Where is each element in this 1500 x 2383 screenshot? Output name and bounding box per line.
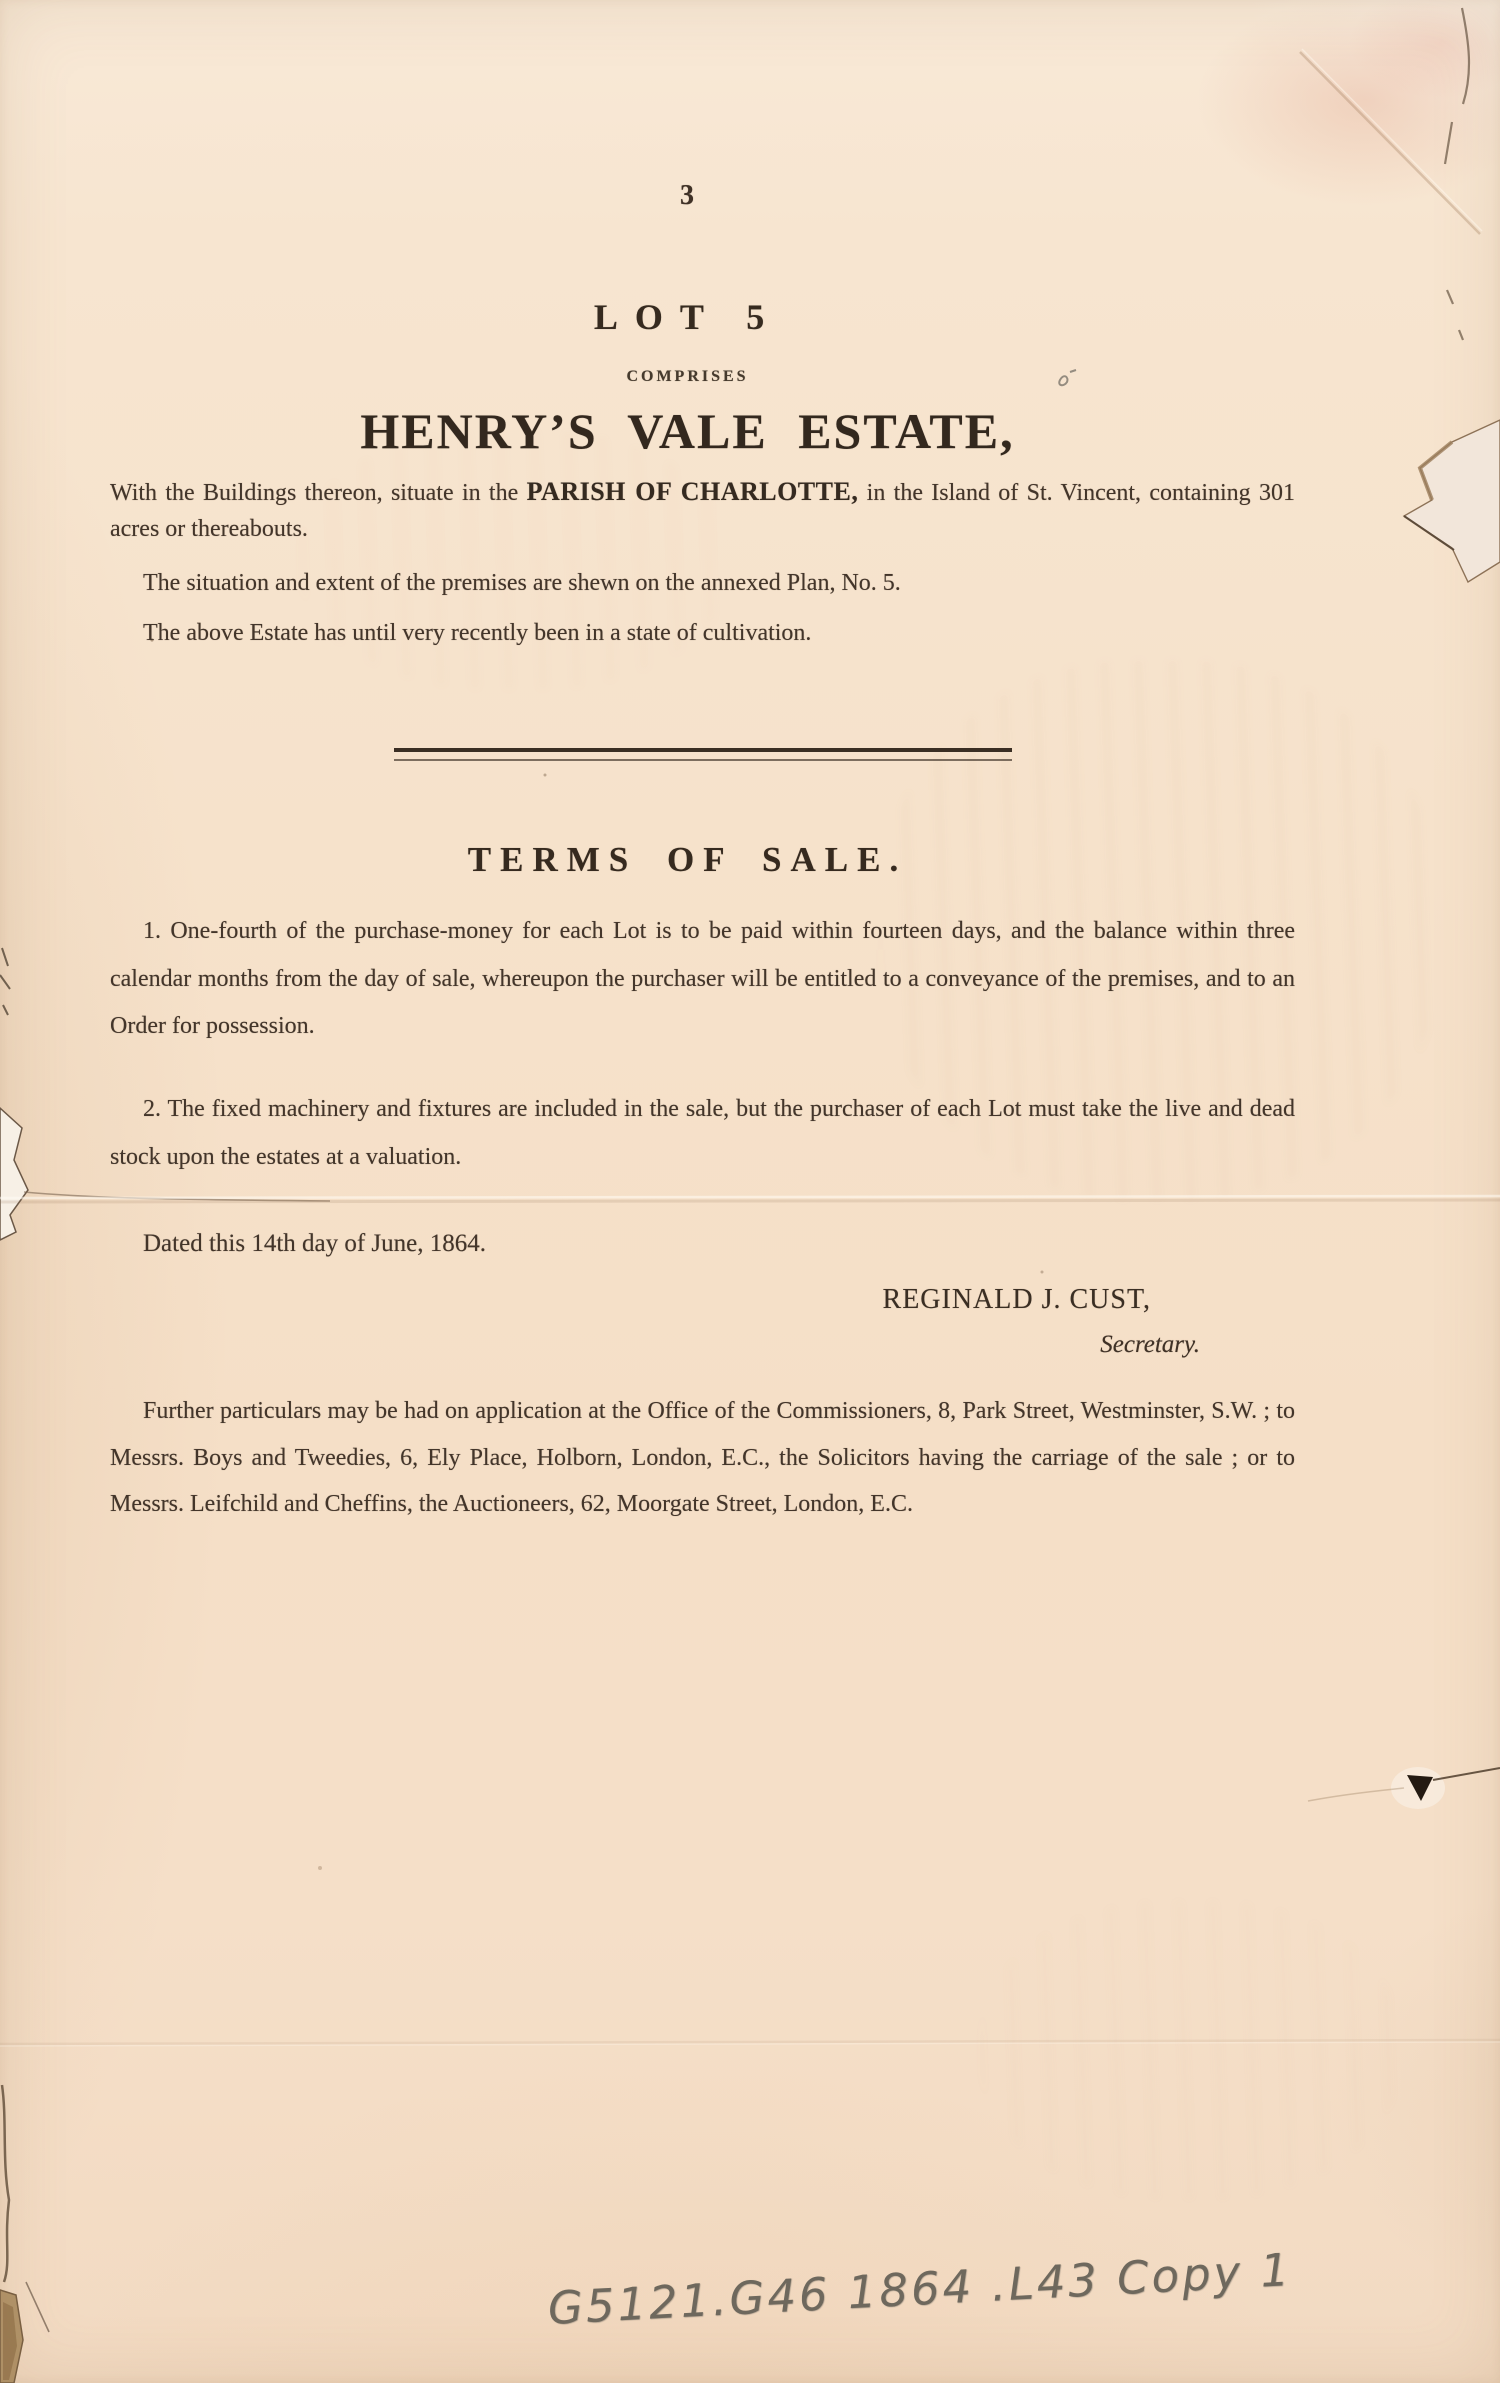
divider-rule [394, 748, 1012, 761]
lot-heading: LOT 5 [110, 296, 1265, 338]
parish-name: PARISH OF CHARLOTTE, [527, 477, 859, 506]
comprises-label: COMPRISES [110, 368, 1265, 386]
dated-line: Dated this 14th day of June, 1864. [110, 1230, 1328, 1258]
estate-title: HENRY’S VALE ESTATE, [110, 402, 1265, 460]
cultivation-note: The above Estate has until very recently… [110, 620, 1295, 647]
handwritten-call-number: G5121.G46 1864 .L43 Copy 1 [547, 2240, 1349, 2335]
term-text: The fixed machinery and fixtures are inc… [110, 1096, 1295, 1170]
term-item-2: 2. The fixed machinery and fixtures are … [110, 1086, 1295, 1181]
document-page: 3 LOT 5 COMPRISES HENRY’S VALE ESTATE, W… [0, 0, 1500, 2383]
term-number: 2. [143, 1096, 161, 1122]
further-particulars: Further particulars may be had on applic… [110, 1388, 1295, 1528]
terms-heading: TERMS OF SALE. [110, 840, 1265, 880]
intro-paragraph: With the Buildings thereon, situate in t… [110, 474, 1295, 547]
term-text: One-fourth of the purchase-money for eac… [110, 918, 1295, 1039]
term-number: 1. [143, 918, 161, 944]
signature-title: Secretary. [110, 1331, 1200, 1359]
situation-note: The situation and extent of the premises… [110, 570, 1295, 597]
printed-content: 3 LOT 5 COMPRISES HENRY’S VALE ESTATE, W… [0, 0, 1500, 2383]
page-number: 3 [110, 180, 1265, 212]
signature-name: REGINALD J. CUST, [110, 1284, 1151, 1316]
term-item-1: 1. One-fourth of the purchase-money for … [110, 908, 1295, 1051]
intro-text-pre: With the Buildings thereon, situate in t… [110, 480, 527, 506]
